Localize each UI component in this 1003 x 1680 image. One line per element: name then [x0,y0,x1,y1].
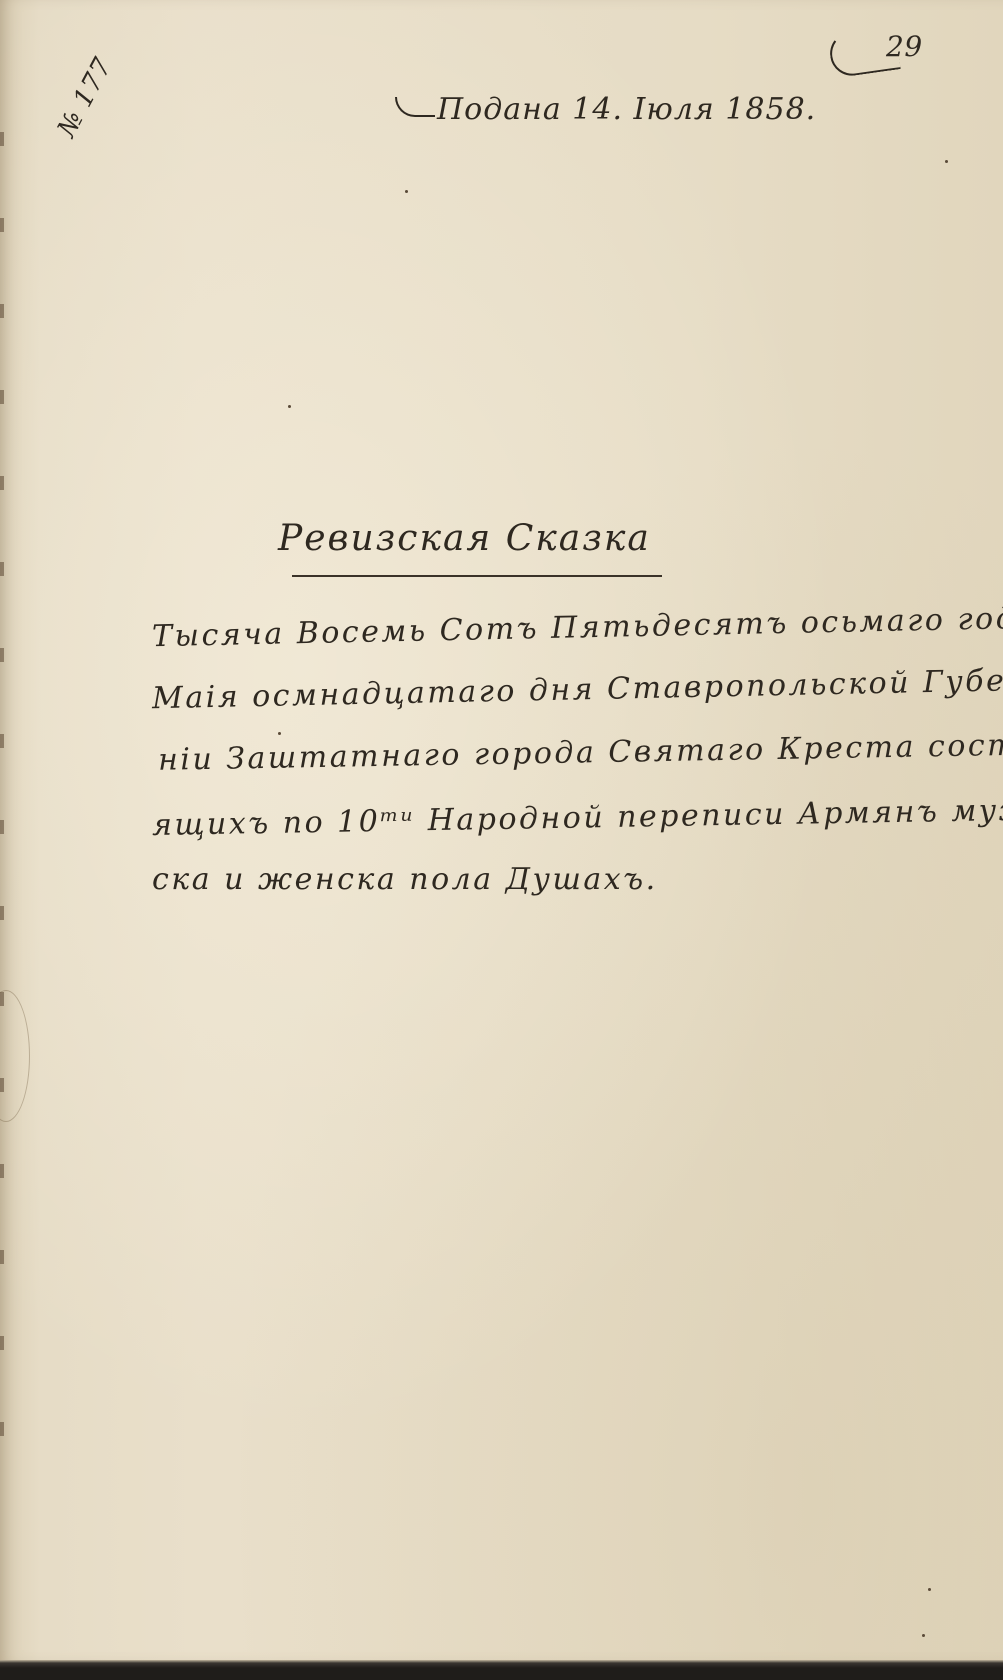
ink-speck [928,1588,931,1591]
submission-date-text: Подана 14. Іюля 1858. [437,92,816,127]
body-line: Тысяча Восемь Сотъ Пятьдесятъ осьмаго го… [152,601,1003,655]
title-underline [292,575,662,577]
flourish-icon [395,97,435,117]
folio-number-text: 29 [886,30,923,63]
margin-note: № 177 [52,53,118,142]
paper-stain [0,990,30,1122]
submission-date: Подана 14. Іюля 1858. [395,92,816,127]
ink-speck [922,1634,925,1637]
binding-stitch-marks [0,60,14,1460]
ink-speck [288,405,291,408]
body-line: ска и женска пола Душахъ. [152,862,658,897]
ink-speck [278,732,281,735]
document-title: Ревизская Сказка [278,518,651,559]
manuscript-page: № 177 29 Подана 14. Іюля 1858. Ревизская… [0,0,1003,1662]
body-line: ящихъ по 10ᵐᵘ Народной переписи Армянъ м… [152,792,1003,843]
ink-speck [945,160,948,163]
ink-speck [405,190,408,193]
body-line: Маія осмнадцатаго дня Ставропольской Губ… [152,663,1003,717]
folio-number: 29 [836,28,906,68]
body-line: ніи Заштатнаго города Святаго Креста сос… [158,727,1003,778]
scan-bottom-edge [0,1660,1003,1680]
